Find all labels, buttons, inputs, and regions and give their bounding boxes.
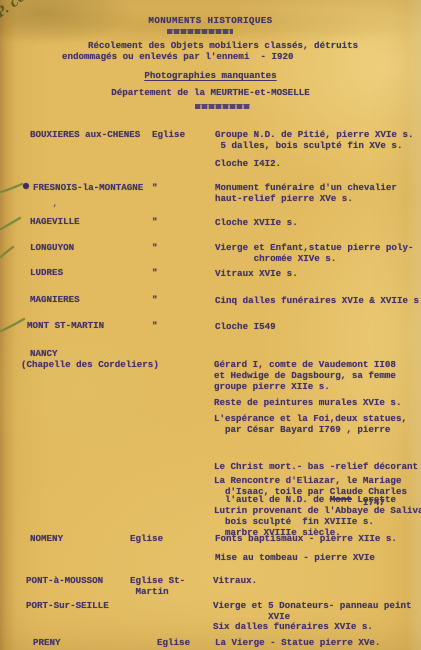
entry-item: Cloche XVIIe s. xyxy=(215,217,298,228)
entry-commune: MONT ST-MARTIN xyxy=(27,320,104,331)
entry-item: L'espérance et la Foi,deux statues, par … xyxy=(214,413,407,435)
bullet-mark xyxy=(23,183,29,189)
entry-item: Vitraux. xyxy=(213,575,257,586)
entry-item: Vierge et Enfant,statue pierre poly- chr… xyxy=(215,242,413,264)
entry-commune: MAGNIERES xyxy=(30,294,80,305)
entry-item: Vitraux XVIe s. xyxy=(215,268,298,279)
entry-item: Fonts baptismaux - pierre XIIe s. xyxy=(215,533,397,544)
entry-item: Reste de peintures murales XVIe s. xyxy=(214,397,401,408)
entry-item: La Rencontre d'Eliazar, le Mariage d'Isa… xyxy=(214,475,407,508)
section-heading: Photographies manquantes xyxy=(0,70,421,81)
entry-building-ditto: " xyxy=(152,267,158,278)
page-title: MONUMENTS HISTORIQUES xyxy=(0,15,421,26)
entry-commune: NOMENY xyxy=(30,533,63,544)
entry-commune: LUDRES xyxy=(30,267,63,278)
title-underline xyxy=(167,29,233,34)
entry-item: Cloche I549 xyxy=(215,321,276,332)
entry-building: Eglise St- Martin xyxy=(130,575,185,597)
entry-item: La Vierge - Statue pierre XVe. xyxy=(215,637,380,648)
subtitle-line: Récolement des Objets mobiliers classés,… xyxy=(88,40,358,51)
entry-item: Cinq dalles funéraires XVIe & XVIIe s. xyxy=(215,295,421,306)
entry-building-ditto: " xyxy=(152,182,158,193)
entry-building: Eglise xyxy=(130,533,163,544)
entry-item: Lutrin provenant de l'Abbaye de Salival … xyxy=(214,505,421,527)
entry-building: Eglise xyxy=(152,129,185,140)
entry-commune: PONT-à-MOUSSON xyxy=(26,575,103,586)
entry-building-ditto: " xyxy=(152,320,158,331)
entry-item: Gérard I, comte de Vaudemont II08 et Hed… xyxy=(214,359,396,392)
entry-item-line: Le Christ mort.- bas -relief décorant xyxy=(214,461,418,472)
entry-building-ditto: " xyxy=(152,242,158,253)
pencil-tick-icon xyxy=(0,182,24,194)
entry-commune: PRENY xyxy=(33,637,61,648)
entry-building: Eglise xyxy=(157,637,190,648)
pencil-tick-icon xyxy=(0,317,26,333)
entry-building-ditto: " xyxy=(152,216,158,227)
entry-item: Mise au tombeau - pierre XVIe xyxy=(215,552,375,563)
subtitle-line: endommagés ou enlevés par l'ennemi - I92… xyxy=(62,51,294,62)
department-line: Département de la MEURTHE-et-MOSELLE xyxy=(0,87,421,98)
entry-commune: BOUXIERES aux-CHENES xyxy=(30,129,140,140)
entry-commune-sub: (Chapelle des Cordeliers) xyxy=(21,359,159,370)
stray-mark: ’ xyxy=(52,205,57,214)
entry-item: Six dalles funéraires XVIe s. xyxy=(213,621,373,632)
entry-commune: HAGEVILLE xyxy=(30,216,80,227)
entry-commune: LONGUYON xyxy=(30,242,74,253)
pencil-tick-icon xyxy=(0,245,15,259)
entry-commune: PORT-Sur-SEILLE xyxy=(26,600,109,611)
entry-building-ditto: " xyxy=(152,294,158,305)
entry-item: Cloche I4I2. xyxy=(215,158,281,169)
entry-commune: FRESNOIS-la-MONTAGNE xyxy=(33,182,143,193)
entry-commune: NANCY xyxy=(30,348,58,359)
entry-item: Groupe N.D. de Pitié, pierre XVIe s. 5 d… xyxy=(215,129,413,151)
pencil-tick-icon xyxy=(0,216,22,231)
document-sheet: P. copié MONUMENTS HISTORIQUES Récolemen… xyxy=(0,0,421,650)
entry-item: Monument funéraire d'un chevalier haut-r… xyxy=(215,182,397,204)
department-underline xyxy=(195,104,250,109)
entry-item: Vierge et 5 Donateurs- panneau peint XVI… xyxy=(213,600,411,622)
